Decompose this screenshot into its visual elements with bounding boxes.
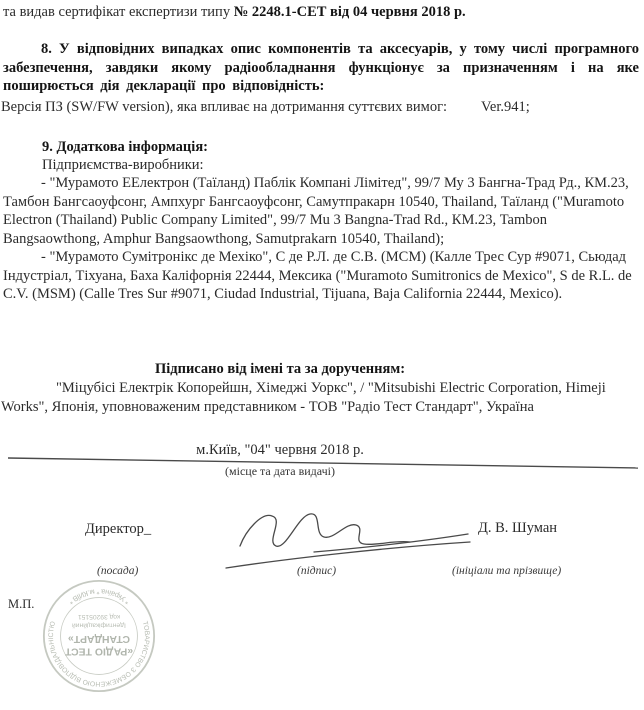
- name-caption: (ініціали та прізвище): [452, 565, 561, 577]
- manufacturer-mexico: - "Мурамото Сумітронікс де Мехіко", С де…: [3, 248, 639, 304]
- signature-caption: (підпис): [297, 565, 336, 577]
- stamp-ring-bottom-text: * Україна * м.КИЇВ *: [67, 587, 132, 606]
- software-version-label: Версія ПЗ (SW/FW version), яка впливає н…: [1, 99, 447, 115]
- document-page: та видав сертифікат експертизи типу № 22…: [0, 0, 644, 710]
- certificate-number: № 2248.1-СЕТ від 04 червня 2018 р.: [234, 4, 466, 20]
- stamp-id-code: код 39205151: [78, 613, 120, 620]
- section-9-heading: 9. Додаткова інформація:: [42, 138, 208, 157]
- software-version-line: Версія ПЗ (SW/FW version), яка впливає н…: [1, 98, 640, 117]
- certificate-line-prefix: та видав сертифікат експертизи типу: [3, 4, 234, 20]
- manufacturer-thailand: - "Мурамото ЕЕлектрон (Таїланд) Паблік К…: [3, 174, 639, 248]
- certificate-line: та видав сертифікат експертизи типу № 22…: [3, 3, 640, 22]
- signature-scribble: [222, 500, 474, 582]
- stamp-company-name-line1: «РАДІО ТЕСТ: [64, 646, 133, 657]
- stamp-company-name-line2: СТАНДАРТ»: [68, 633, 130, 644]
- signed-on-behalf-heading: Підписано від імені та за дорученням:: [0, 360, 560, 379]
- signer-paragraph: "Міцубісі Електрік Копорейшн, Хімеджі Уо…: [1, 379, 641, 417]
- manufacturers-label: Підприємства-виробники:: [42, 156, 204, 175]
- manufacturers-list: - "Мурамото ЕЕлектрон (Таїланд) Паблік К…: [3, 174, 639, 304]
- software-version-value: Ver.941;: [481, 99, 530, 115]
- position-title: Директор_: [85, 520, 151, 539]
- section-8-heading: 8. У відповідних випадках опис компонент…: [3, 40, 639, 96]
- company-stamp-seal: ТОВАРИСТВО З ОБМЕЖЕНОЮ ВІДПОВІДАЛЬНІСТЮ …: [28, 565, 170, 707]
- signer-name: Д. В. Шуман: [478, 519, 557, 538]
- company-stamp: ТОВАРИСТВО З ОБМЕЖЕНОЮ ВІДПОВІДАЛЬНІСТЮ …: [28, 565, 170, 707]
- place-date-caption: (місце та дата видачі): [0, 464, 560, 479]
- stamp-id-label: Ідентифікаційний: [72, 621, 126, 629]
